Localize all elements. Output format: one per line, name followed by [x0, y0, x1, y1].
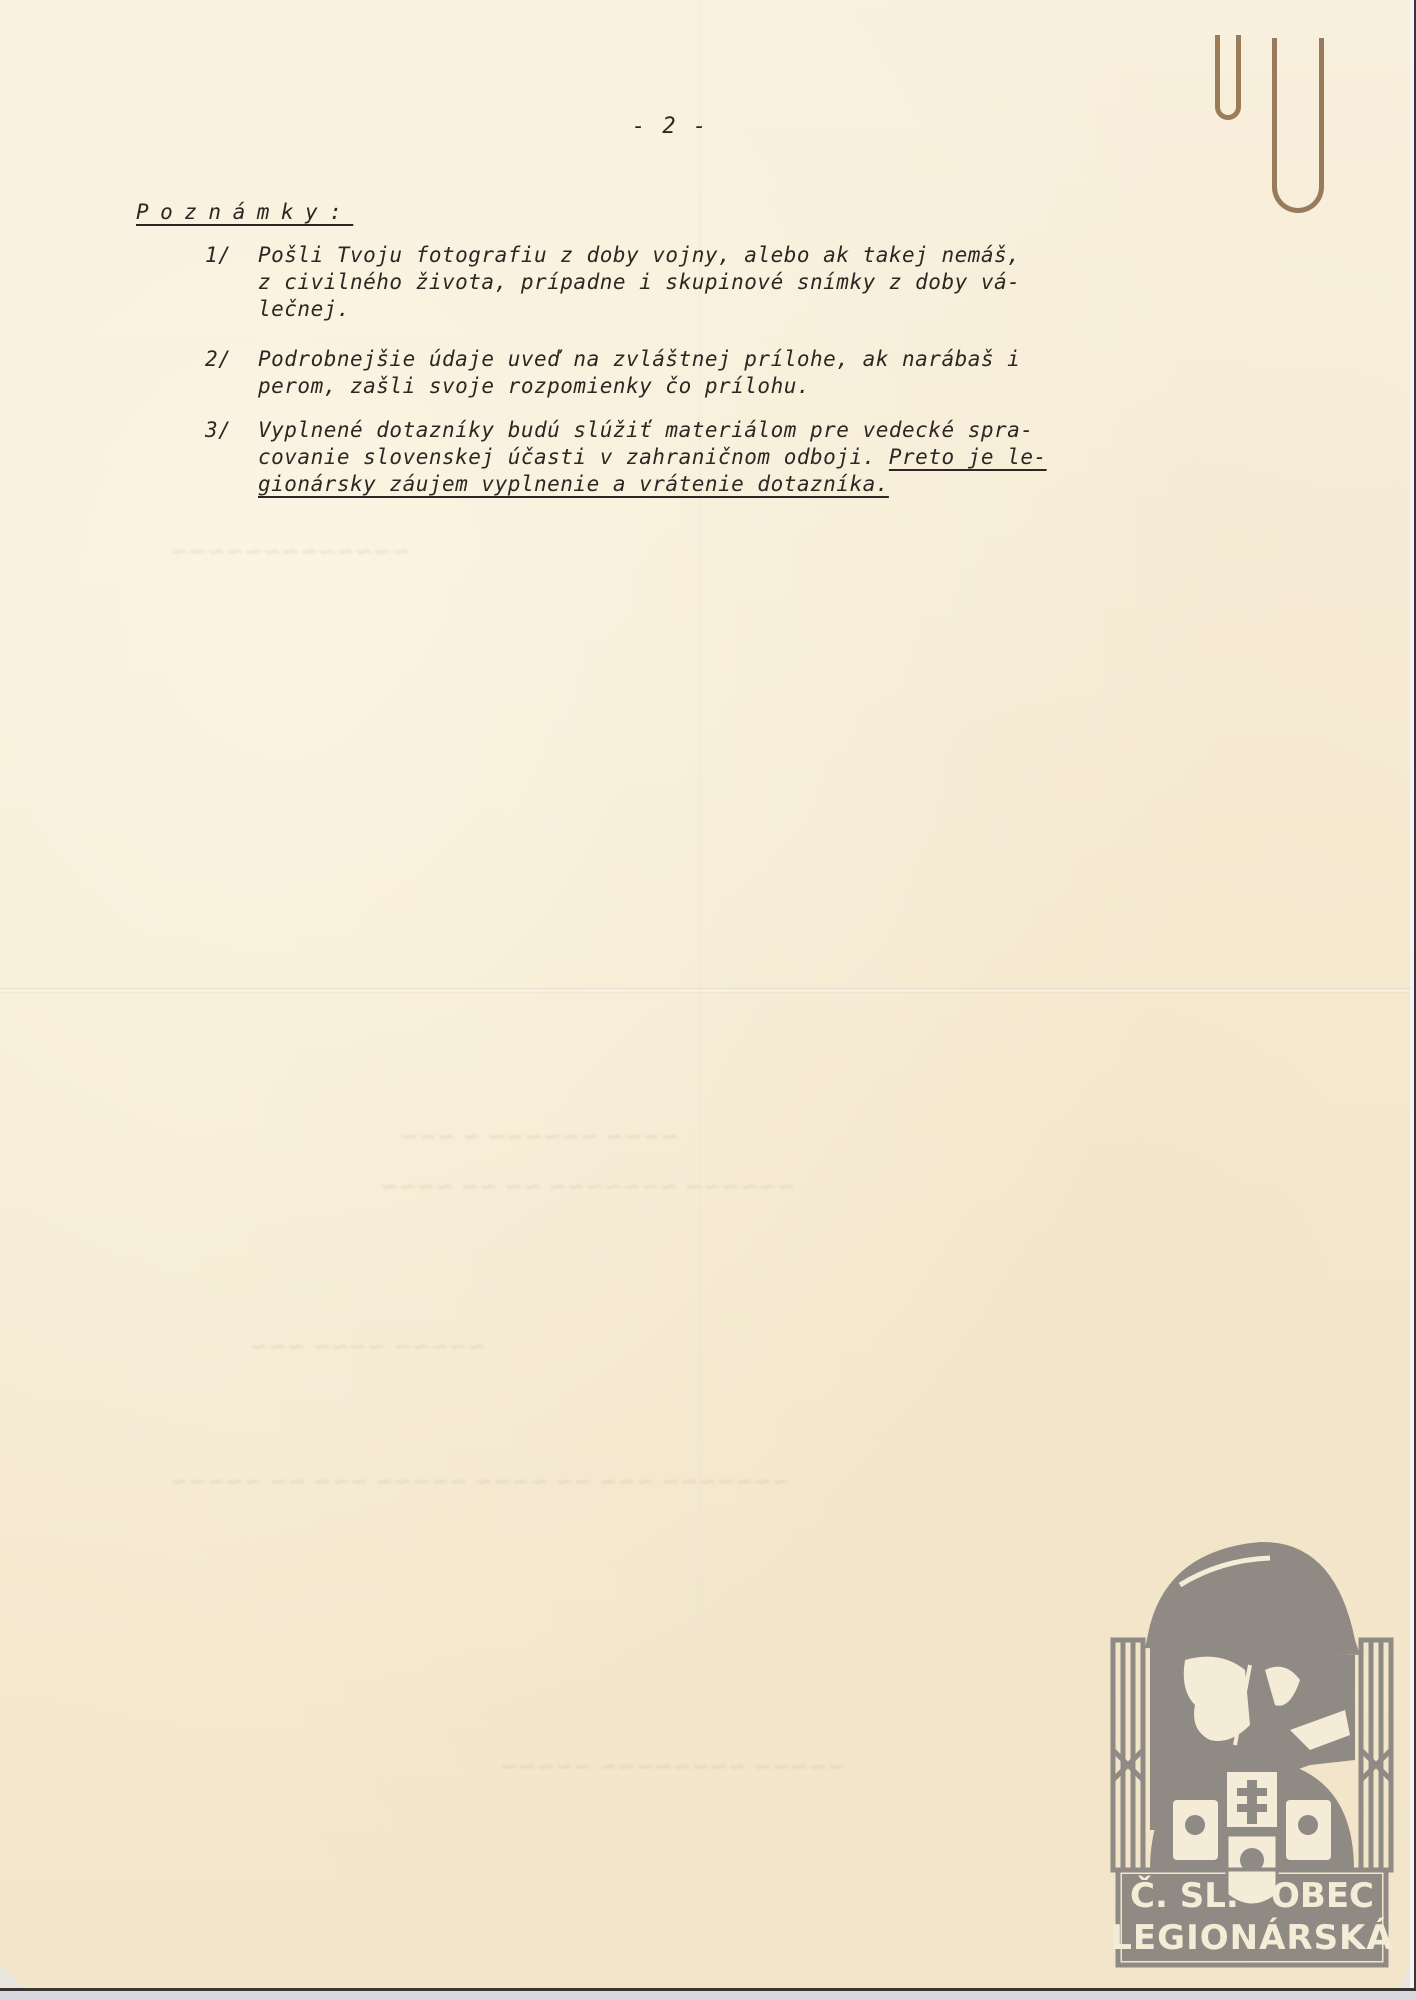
- logo-text-right: OBEC: [1271, 1876, 1374, 1916]
- logo-line-2: LEGIONÁRSKÁ: [1110, 1918, 1394, 1958]
- note-number: 1/: [205, 243, 231, 267]
- note-line: covanie slovenskej účasti v zahraničnom …: [258, 445, 1047, 469]
- note-line: Podrobnejšie údaje uveď na zvláštnej prí…: [258, 347, 1020, 371]
- note-line-text: covanie slovenskej účasti v zahraničnom …: [258, 445, 876, 469]
- horizontal-fold-line: [0, 988, 1410, 993]
- bleed-through-marks: ~~~~~~ ~~~~~~~ ~~ ~~ ~~~~: [380, 1175, 795, 1200]
- bleed-through-marks: ~~~~~ ~~~~ ~~~: [250, 1335, 485, 1360]
- notes-heading: Poznámky:: [136, 200, 353, 224]
- note-line: z civilného života, prípadne i skupinové…: [258, 270, 1020, 294]
- legion-association-logo: Č. SL. OBEC LEGIONÁRSKÁ: [1110, 1530, 1394, 1970]
- paper-bottom-edge: [0, 1988, 1416, 2000]
- bleed-through-marks: ~~~~~~~ ~~~ ~~ ~~~~ ~~~~~ ~~~ ~~ ~~~~~: [170, 1470, 790, 1495]
- note-number: 2/: [205, 347, 231, 371]
- note-line: Vyplnené dotazníky budú slúžiť materiálo…: [258, 418, 1033, 442]
- bleed-through-marks: ~~~~ ~~~~~~ ~ ~~~: [400, 1125, 679, 1150]
- page-number: - 2 -: [630, 114, 710, 139]
- bleed-through-marks: ~~~~~ ~~~~~~~~ ~~~~~: [500, 1755, 846, 1780]
- bleed-through-marks: ~~~~~~~~~~~~~: [110, 540, 410, 565]
- underlined-emphasis: Preto je le-: [889, 445, 1047, 469]
- logo-line-1: Č. SL. OBEC: [1110, 1876, 1394, 1916]
- note-line: perom, zašli svoje rozpomienky čo príloh…: [258, 374, 810, 398]
- paper-clip-rust-stain: [1272, 38, 1324, 213]
- note-number: 3/: [205, 418, 231, 442]
- note-line: Pošli Tvoju fotografiu z doby vojny, ale…: [258, 243, 1020, 267]
- vertical-fold-line: [699, 0, 702, 1990]
- note-line: lečnej.: [258, 297, 350, 321]
- logo-text-left: Č. SL.: [1130, 1876, 1239, 1916]
- rust-stain-mark: [1215, 35, 1241, 120]
- underlined-emphasis-line: gionársky záujem vyplnenie a vrátenie do…: [258, 472, 889, 496]
- paper-right-edge: [1410, 0, 1416, 2000]
